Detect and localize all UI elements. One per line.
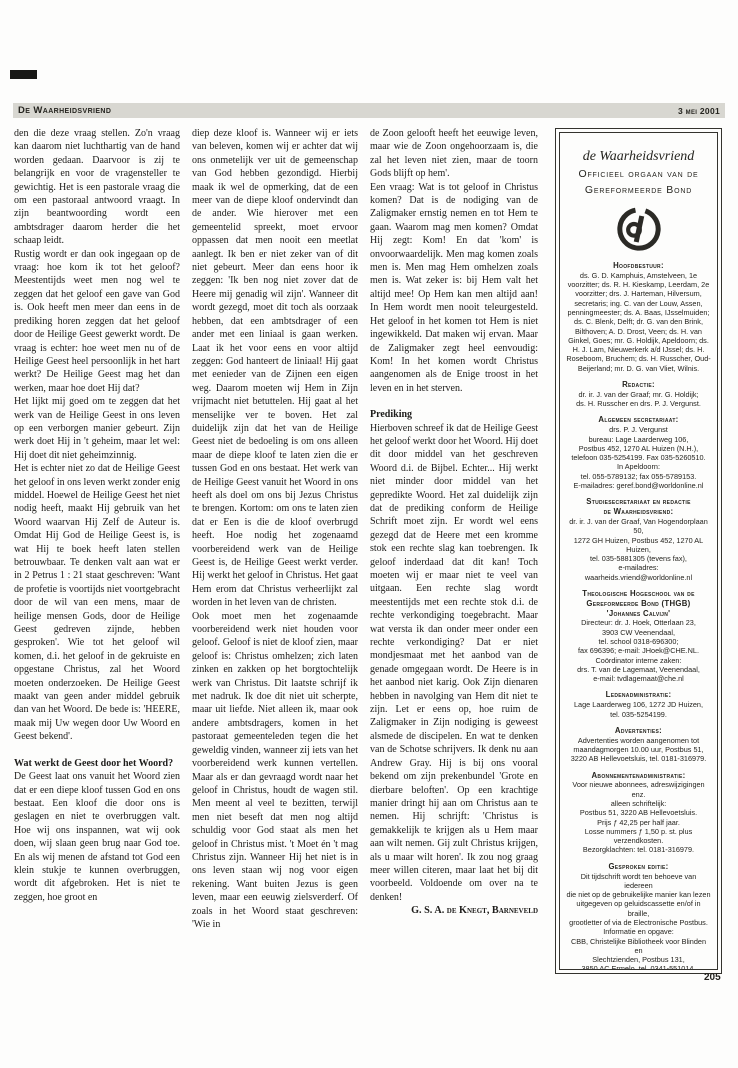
section-heading: Prediking	[370, 408, 538, 421]
paragraph: Het is echter niet zo dat de Heilige Gee…	[14, 462, 180, 744]
section-body: Dit tijdschrift wordt ten behoeve van ie…	[566, 872, 711, 970]
masthead-subtitle-line2: Gereformeerde Bond	[566, 184, 711, 197]
masthead-subtitle-line1: Officieel orgaan van de	[566, 168, 711, 181]
colophon-inner-frame: de Waarheidsvriend Officieel orgaan van …	[559, 132, 718, 970]
section-heading: Wat werkt de Geest door het Woord?	[14, 757, 180, 770]
section-heading: Ledenadministratie:	[566, 690, 711, 700]
author-signature: G. S. A. de Knegt, Barneveld	[370, 904, 538, 917]
paragraph: Het lijkt mij goed om te zeggen dat het …	[14, 395, 180, 462]
section-body: Lage Laarderweg 106, 1272 JD Huizen, tel…	[566, 700, 711, 719]
paragraph: Rustig wordt er dan ook ingegaan op de v…	[14, 248, 180, 395]
section-heading: Algemeen secretariaat:	[566, 415, 711, 425]
section-body: dr. ir. J. van der Graaf; mr. G. Holdijk…	[566, 390, 711, 409]
page-number: 205	[704, 972, 721, 983]
section-heading: Hoofdbestuur:	[566, 261, 711, 271]
sidebar-section-studiesecretariaat: Studiesecretariaat en redactie de Waarhe…	[566, 497, 711, 582]
sidebar-section-hoofdbestuur: Hoofdbestuur: ds. G. D. Kamphuis, Amstel…	[566, 261, 711, 373]
section-heading: Redactie:	[566, 380, 711, 390]
section-body: Voor nieuwe abonnees, adreswijzigingen e…	[566, 780, 711, 854]
article-column-1: den die deze vraag stellen. Zo'n vraag k…	[14, 127, 180, 973]
colophon-box: de Waarheidsvriend Officieel orgaan van …	[555, 128, 722, 974]
section-heading: Gesproken editie:	[566, 862, 711, 872]
section-body: ds. G. D. Kamphuis, Amstelveen, 1e voorz…	[566, 271, 711, 373]
print-registration-mark	[10, 70, 37, 79]
masthead-title: de Waarheidsvriend	[566, 149, 711, 165]
paragraph: de Zoon gelooft heeft het eeuwige leven,…	[370, 127, 538, 181]
sidebar-section-abonnementenadministratie: Abonnementenadministratie: Voor nieuwe a…	[566, 771, 711, 855]
section-heading: Theologische Hogeschool van de Gereforme…	[566, 589, 711, 618]
article-column-2: diep deze kloof is. Wanneer wij er iets …	[192, 127, 358, 973]
sidebar-section-theologische-hogeschool: Theologische Hogeschool van de Gereforme…	[566, 589, 711, 683]
section-heading: Abonnementenadministratie:	[566, 771, 711, 781]
section-body: dr. ir. J. van der Graaf, Van Hogendorpl…	[566, 517, 711, 582]
section-body: drs. P. J. Vergunst bureau: Lage Laarder…	[566, 425, 711, 490]
sidebar-section-gesproken-editie: Gesproken editie: Dit tijdschrift wordt …	[566, 862, 711, 970]
sidebar-section-advertenties: Advertenties: Advertenties worden aangen…	[566, 726, 711, 764]
sidebar-section-ledenadministratie: Ledenadministratie: Lage Laarderweg 106,…	[566, 690, 711, 718]
section-heading: Advertenties:	[566, 726, 711, 736]
article-column-3: de Zoon gelooft heeft het eeuwige leven,…	[370, 127, 538, 973]
paragraph: Hierboven schreef ik dat de Heilige Gees…	[370, 422, 538, 905]
sidebar-section-redactie: Redactie: dr. ir. J. van der Graaf; mr. …	[566, 380, 711, 408]
issue-date: 3 mei 2001	[678, 106, 720, 116]
section-body: Directeur: dr. J. Hoek, Otterlaan 23, 39…	[566, 618, 711, 683]
section-body: Advertenties worden aangenomen tot maand…	[566, 736, 711, 764]
sidebar-section-algemeen-secretariaat: Algemeen secretariaat: drs. P. J. Vergun…	[566, 415, 711, 490]
magazine-page: De Waarheidsvriend 3 mei 2001 den die de…	[0, 0, 738, 1068]
paragraph: Ook moet men het zogenaamde voorbereiden…	[192, 610, 358, 932]
section-heading: Studiesecretariaat en redactie de Waarhe…	[566, 497, 711, 517]
paragraph: diep deze kloof is. Wanneer wij er iets …	[192, 127, 358, 610]
gereformeerde-bond-logo-icon	[614, 204, 664, 254]
paragraph: De Geest laat ons vanuit het Woord zien …	[14, 770, 180, 904]
page-header-bar: De Waarheidsvriend 3 mei 2001	[13, 103, 725, 118]
paragraph: Een vraag: Wat is tot geloof in Christus…	[370, 181, 538, 396]
publication-title: De Waarheidsvriend	[18, 105, 111, 116]
paragraph: den die deze vraag stellen. Zo'n vraag k…	[14, 127, 180, 248]
